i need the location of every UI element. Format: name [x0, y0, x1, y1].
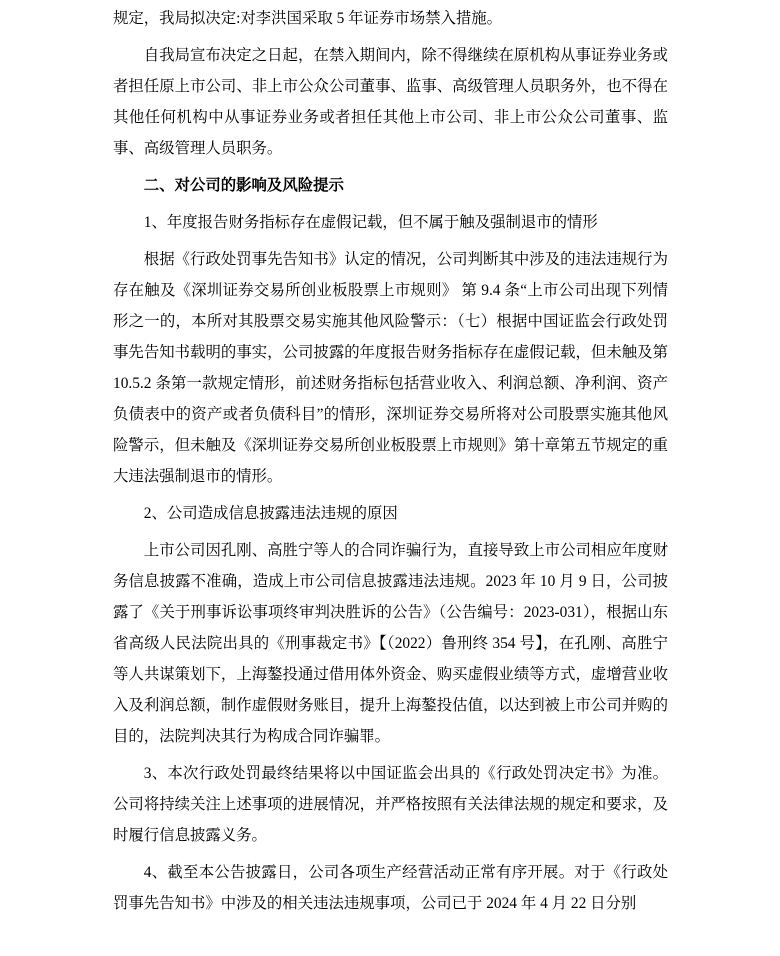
para-item2-detail: 上市公司因孔刚、高胜宁等人的合同诈骗行为，直接导致上市公司相应年度财务信息披露不…	[113, 535, 668, 752]
heading-impact-and-risk: 二、对公司的影响及风险提示	[113, 170, 668, 201]
para-ban-period-restrictions: 自我局宣布决定之日起，在禁入期间内，除不得继续在原机构从事证券业务或者担任原上市…	[113, 40, 668, 164]
para-item3-final-result: 3、本次行政处罚最终结果将以中国证监会出具的《行政处罚决定书》为准。公司将持续关…	[113, 758, 668, 851]
document-page: 规定，我局拟决定:对李洪国采取 5 年证券市场禁入措施。 自我局宣布决定之日起，…	[0, 0, 780, 956]
para-item1-detail: 根据《行政处罚事先告知书》认定的情况，公司判断其中涉及的违法违规行为存在触及《深…	[113, 244, 668, 492]
para-item2-reason-title: 2、公司造成信息披露违法违规的原因	[113, 498, 668, 529]
para-item4-operations-status: 4、截至本公告披露日，公司各项生产经营活动正常有序开展。对于《行政处罚事先告知书…	[113, 857, 668, 919]
para-item1-false-records-title: 1、年度报告财务指标存在虚假记载，但不属于触及强制退市的情形	[113, 207, 668, 238]
para-market-ban-decision: 规定，我局拟决定:对李洪国采取 5 年证券市场禁入措施。	[113, 3, 668, 34]
